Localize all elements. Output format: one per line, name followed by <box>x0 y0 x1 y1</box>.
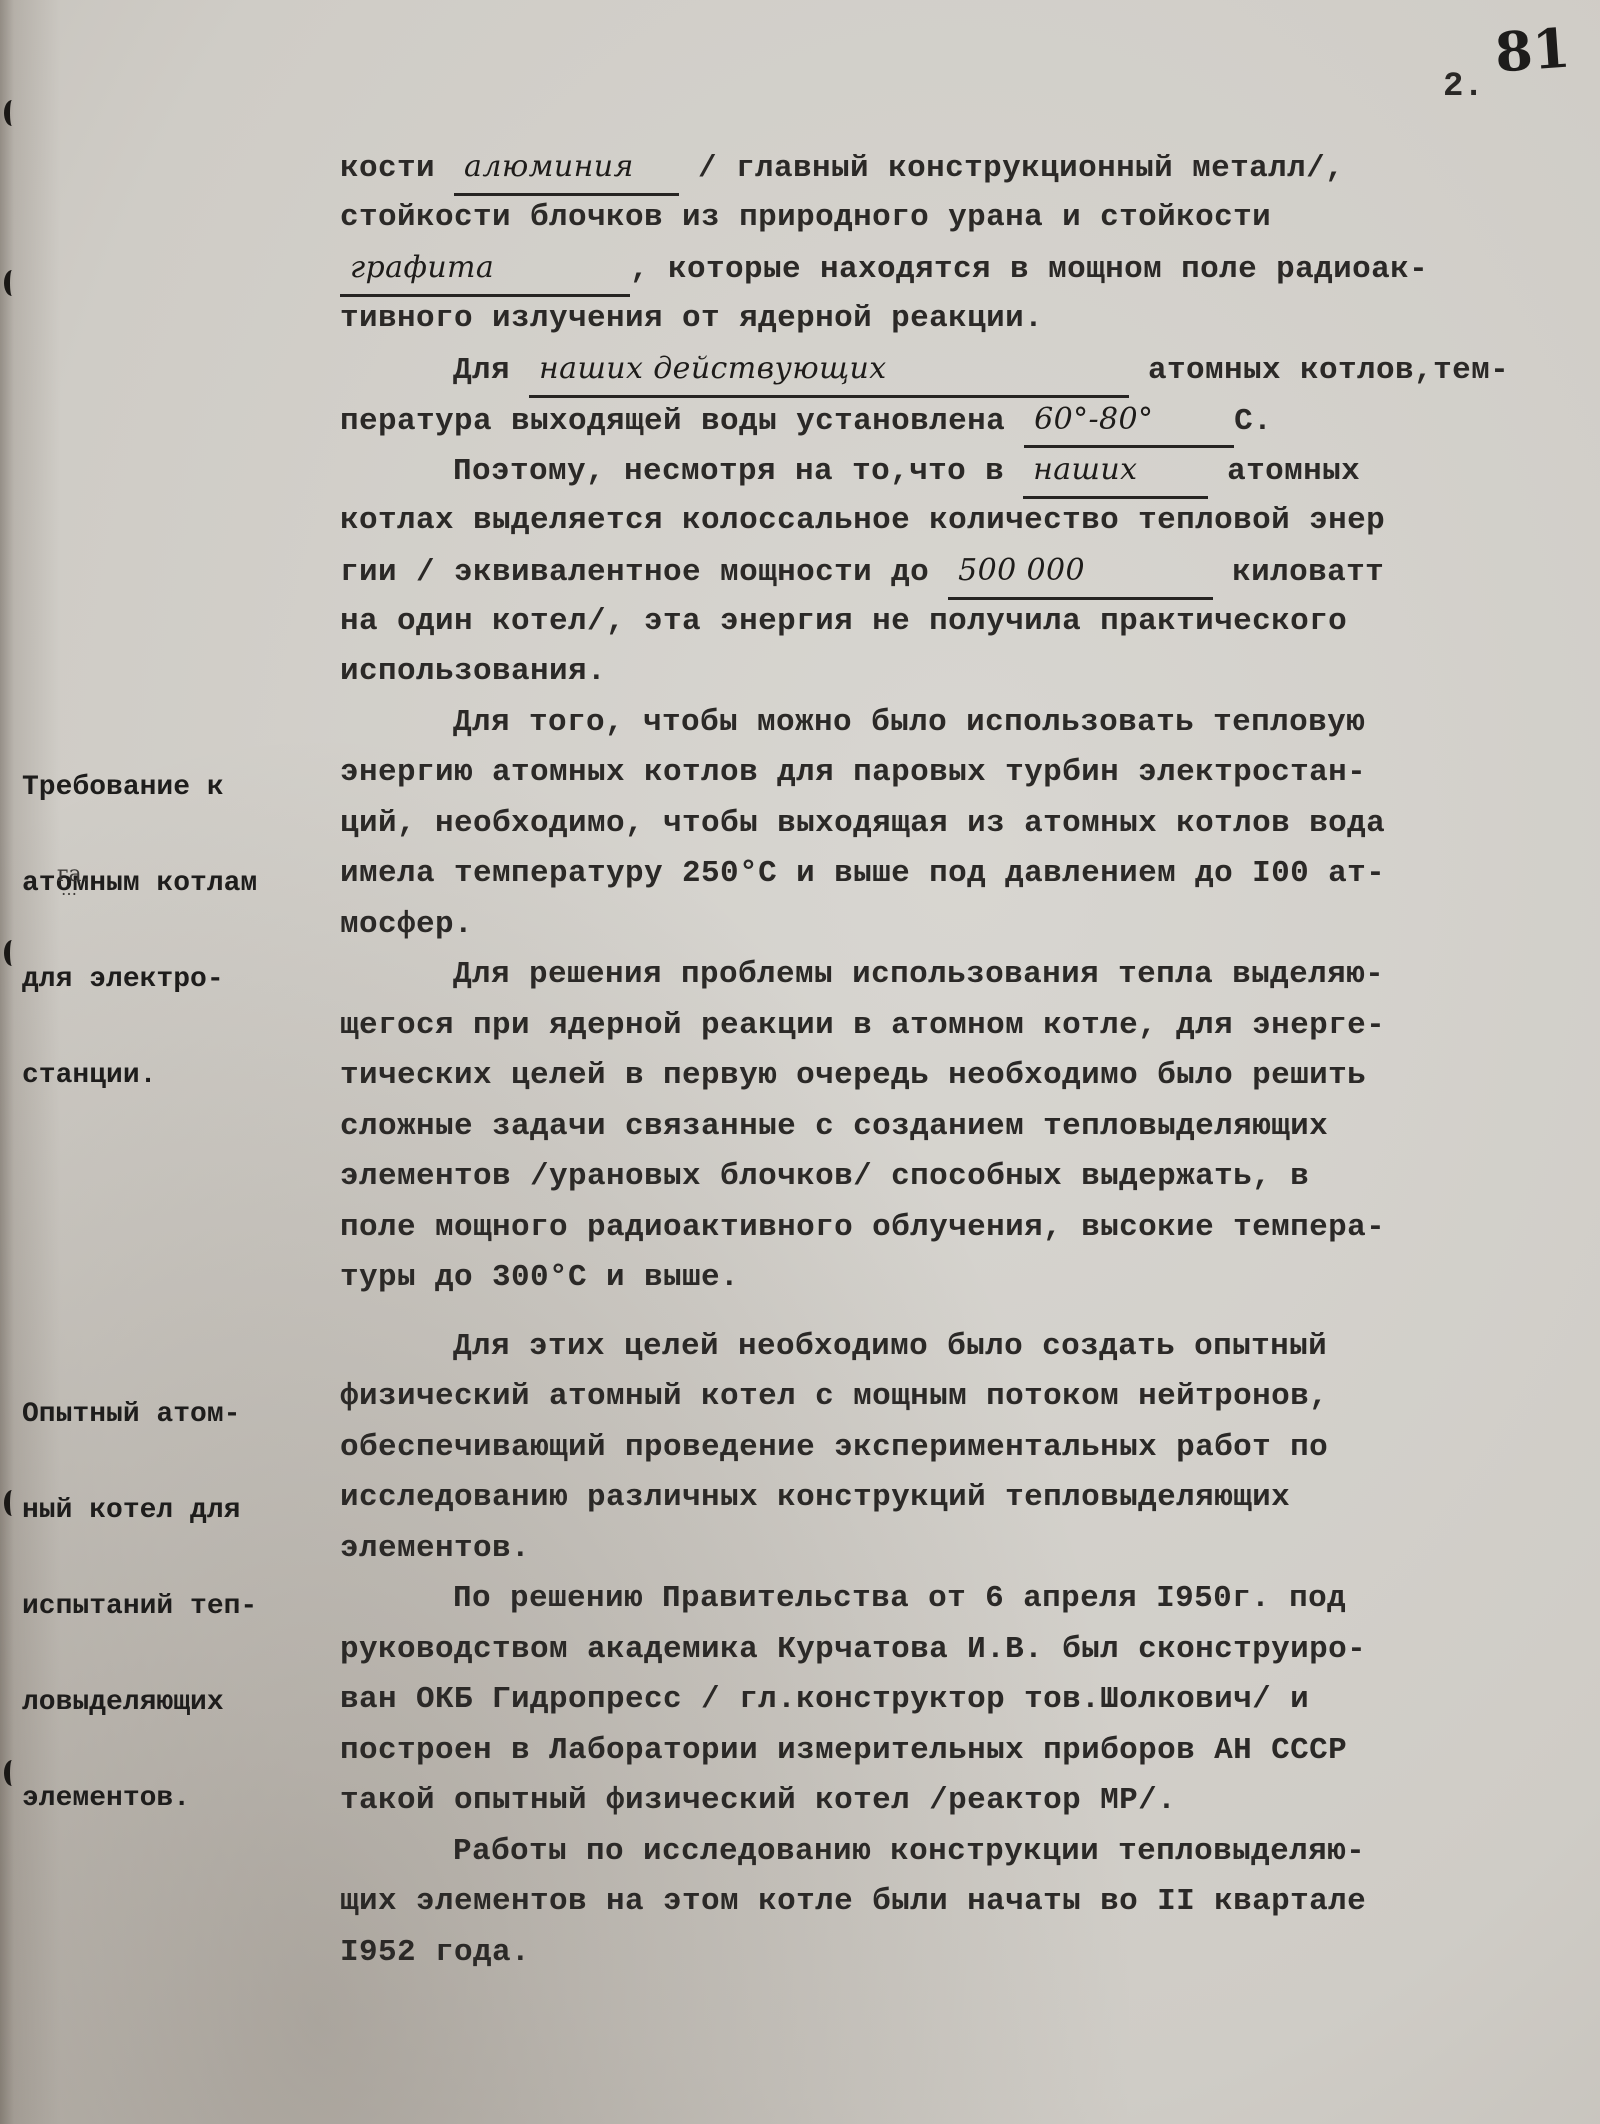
text-line: поле мощного радиоактивного облучения, в… <box>340 1203 1590 1254</box>
handwritten-fill: наших действующих <box>529 344 1129 398</box>
text-line: тивного излучения от ядерной реакции. <box>340 294 1590 345</box>
text-line: I952 года. <box>340 1928 1590 1979</box>
text-line: кости алюминия / главный конструкционный… <box>340 142 1590 193</box>
text-line: щих элементов на этом котле были начаты … <box>340 1877 1590 1928</box>
text-line: ций, необходимо, чтобы выходящая из атом… <box>340 799 1590 850</box>
text-line: использования. <box>340 647 1590 698</box>
binding-punch-mark <box>4 1760 20 1786</box>
text-line: Для этих целей необходимо было создать о… <box>340 1322 1590 1373</box>
text-line: тических целей в первую очередь необходи… <box>340 1051 1590 1102</box>
text-line: ван ОКБ Гидропресс / гл.конструктор тов.… <box>340 1675 1590 1726</box>
text-line: туры до 300°С и выше. <box>340 1253 1590 1304</box>
text-line: пература выходящей воды установлена 60°-… <box>340 395 1590 446</box>
text-line: Для наших действующих атомных котлов,тем… <box>340 344 1590 395</box>
text-line: щегося при ядерной реакции в атомном кот… <box>340 1001 1590 1052</box>
text-line: Для того, чтобы можно было использовать … <box>340 698 1590 749</box>
binding-punch-mark <box>4 270 20 296</box>
text-line: мосфер. <box>340 900 1590 951</box>
typed-body-text: кости алюминия / главный конструкционный… <box>340 142 1590 1978</box>
text-line: Для решения проблемы использования тепла… <box>340 950 1590 1001</box>
document-page: 81 2. Требование к атомным котлам для эл… <box>0 0 1600 2124</box>
text-line: такой опытный физический котел /реактор … <box>340 1776 1590 1827</box>
text-line: руководством академика Курчатова И.В. бы… <box>340 1625 1590 1676</box>
binding-punch-mark <box>4 940 20 966</box>
text-line: элементов /урановых блочков/ способных в… <box>340 1152 1590 1203</box>
text-line: Работы по исследованию конструкции тепло… <box>340 1827 1590 1878</box>
text-line: исследованию различных конструкций тепло… <box>340 1473 1590 1524</box>
handwritten-fill: 500 000 <box>948 546 1213 600</box>
binding-punch-mark <box>4 1490 20 1516</box>
text-line: физический атомный котел с мощным потоко… <box>340 1372 1590 1423</box>
text-line: энергию атомных котлов для паровых турби… <box>340 748 1590 799</box>
text-line: Поэтому, несмотря на то,что в наших атом… <box>340 445 1590 496</box>
text-line: стойкости блочков из природного урана и … <box>340 193 1590 244</box>
margin-note-power-plant-requirements: Требование к атомным котлам для электро-… <box>22 708 257 1156</box>
text-line: графита, которые находятся в мощном поле… <box>340 243 1590 294</box>
text-line: обеспечивающий проведение эксперименталь… <box>340 1423 1590 1474</box>
handwritten-fill: графита <box>340 243 630 297</box>
text-line: По решению Правительства от 6 апреля I95… <box>340 1574 1590 1625</box>
text-line: гии / эквивалентное мощности до 500 000 … <box>340 546 1590 597</box>
text-line: построен в Лаборатории измерительных при… <box>340 1726 1590 1777</box>
text-line: имела температуру 250°С и выше под давле… <box>340 849 1590 900</box>
archive-folio-number: 81 <box>1493 15 1572 84</box>
margin-note-experimental-reactor: Опытный атом- ный котел для испытаний те… <box>22 1335 257 1879</box>
page-number: 2. <box>1443 68 1484 106</box>
binding-punch-mark <box>4 100 20 126</box>
text-line: котлах выделяется колоссальное количеств… <box>340 496 1590 547</box>
handwritten-fill: 60°-80° <box>1024 395 1234 449</box>
text-line: элементов. <box>340 1524 1590 1575</box>
text-line: сложные задачи связанные с созданием теп… <box>340 1102 1590 1153</box>
margin-initials: га. <box>57 862 89 887</box>
text-line: на один котел/, эта энергия не получила … <box>340 597 1590 648</box>
handwritten-fill: наших <box>1023 445 1208 499</box>
handwritten-fill: алюминия <box>454 142 679 196</box>
